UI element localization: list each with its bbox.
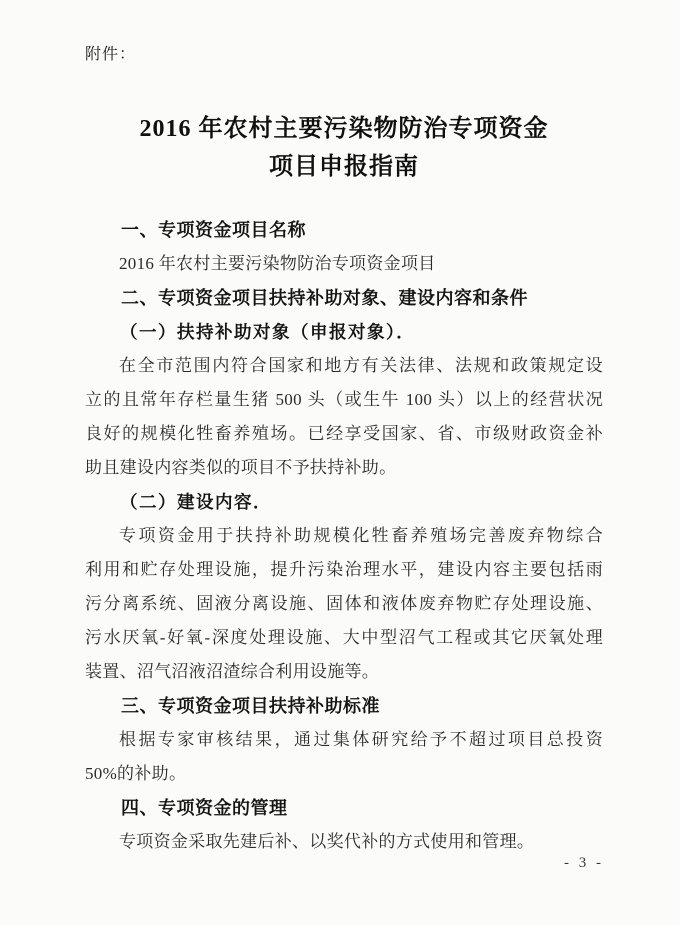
paragraph-line: 专项资金采取先建后补、以奖代补的方式使用和管理。 <box>85 825 603 859</box>
document-body: 一、专项资金项目名称2016 年农村主要污染物防治专项资金项目二、专项资金项目扶… <box>85 213 603 859</box>
paragraph-line: 装置、沼气沼液沼渣综合利用设施等。 <box>85 655 603 689</box>
paragraph-line: 50%的补助。 <box>85 757 603 791</box>
document-content: 附件： 2016 年农村主要污染物防治专项资金 项目申报指南 一、专项资金项目名… <box>85 44 603 859</box>
section-heading: 二、专项资金项目扶持补助对象、建设内容和条件 <box>85 281 603 315</box>
section-heading: 一、专项资金项目名称 <box>85 213 603 247</box>
document-title: 2016 年农村主要污染物防治专项资金 项目申报指南 <box>85 110 603 186</box>
paragraph-line: 利用和贮存处理设施，提升污染治理水平，建设内容主要包括雨 <box>85 553 603 587</box>
paragraph: 2016 年农村主要污染物防治专项资金项目 <box>85 247 603 281</box>
paragraph-line: 立的且常年存栏量生猪 500 头（或生牛 100 头）以上的经营状况 <box>85 383 603 417</box>
paragraph-line: 良好的规模化牲畜养殖场。已经享受国家、省、市级财政资金补 <box>85 417 603 451</box>
subsection-heading: （二）建设内容． <box>85 485 603 519</box>
page-number: - 3 - <box>564 855 604 872</box>
document-title-line1: 2016 年农村主要污染物防治专项资金 <box>85 110 603 148</box>
paragraph-line: 污水厌氧-好氧-深度处理设施、大中型沼气工程或其它厌氧处理 <box>85 621 603 655</box>
paragraph: 专项资金采取先建后补、以奖代补的方式使用和管理。 <box>85 825 603 859</box>
subsection-heading: （一）扶持补助对象（申报对象）． <box>85 315 603 349</box>
paragraph-line: 专项资金用于扶持补助规模化牲畜养殖场完善废弃物综合 <box>85 519 603 553</box>
document-title-line2: 项目申报指南 <box>85 148 603 186</box>
section-heading: 三、专项资金项目扶持补助标准 <box>85 689 603 723</box>
paragraph: 专项资金用于扶持补助规模化牲畜养殖场完善废弃物综合利用和贮存处理设施，提升污染治… <box>85 519 603 689</box>
attachment-label: 附件： <box>85 44 603 66</box>
paragraph-line: 污分离系统、固液分离设施、固体和液体废弃物贮存处理设施、 <box>85 587 603 621</box>
section-heading: 四、专项资金的管理 <box>85 791 603 825</box>
document-page: 附件： 2016 年农村主要污染物防治专项资金 项目申报指南 一、专项资金项目名… <box>0 0 680 925</box>
paragraph-line: 助且建设内容类似的项目不予扶持补助。 <box>85 451 603 485</box>
paragraph: 根据专家审核结果，通过集体研究给予不超过项目总投资50%的补助。 <box>85 723 603 791</box>
paragraph-line: 根据专家审核结果，通过集体研究给予不超过项目总投资 <box>85 723 603 757</box>
paragraph-line: 在全市范围内符合国家和地方有关法律、法规和政策规定设 <box>85 349 603 383</box>
paragraph: 在全市范围内符合国家和地方有关法律、法规和政策规定设立的且常年存栏量生猪 500… <box>85 349 603 485</box>
paragraph-line: 2016 年农村主要污染物防治专项资金项目 <box>85 247 603 281</box>
